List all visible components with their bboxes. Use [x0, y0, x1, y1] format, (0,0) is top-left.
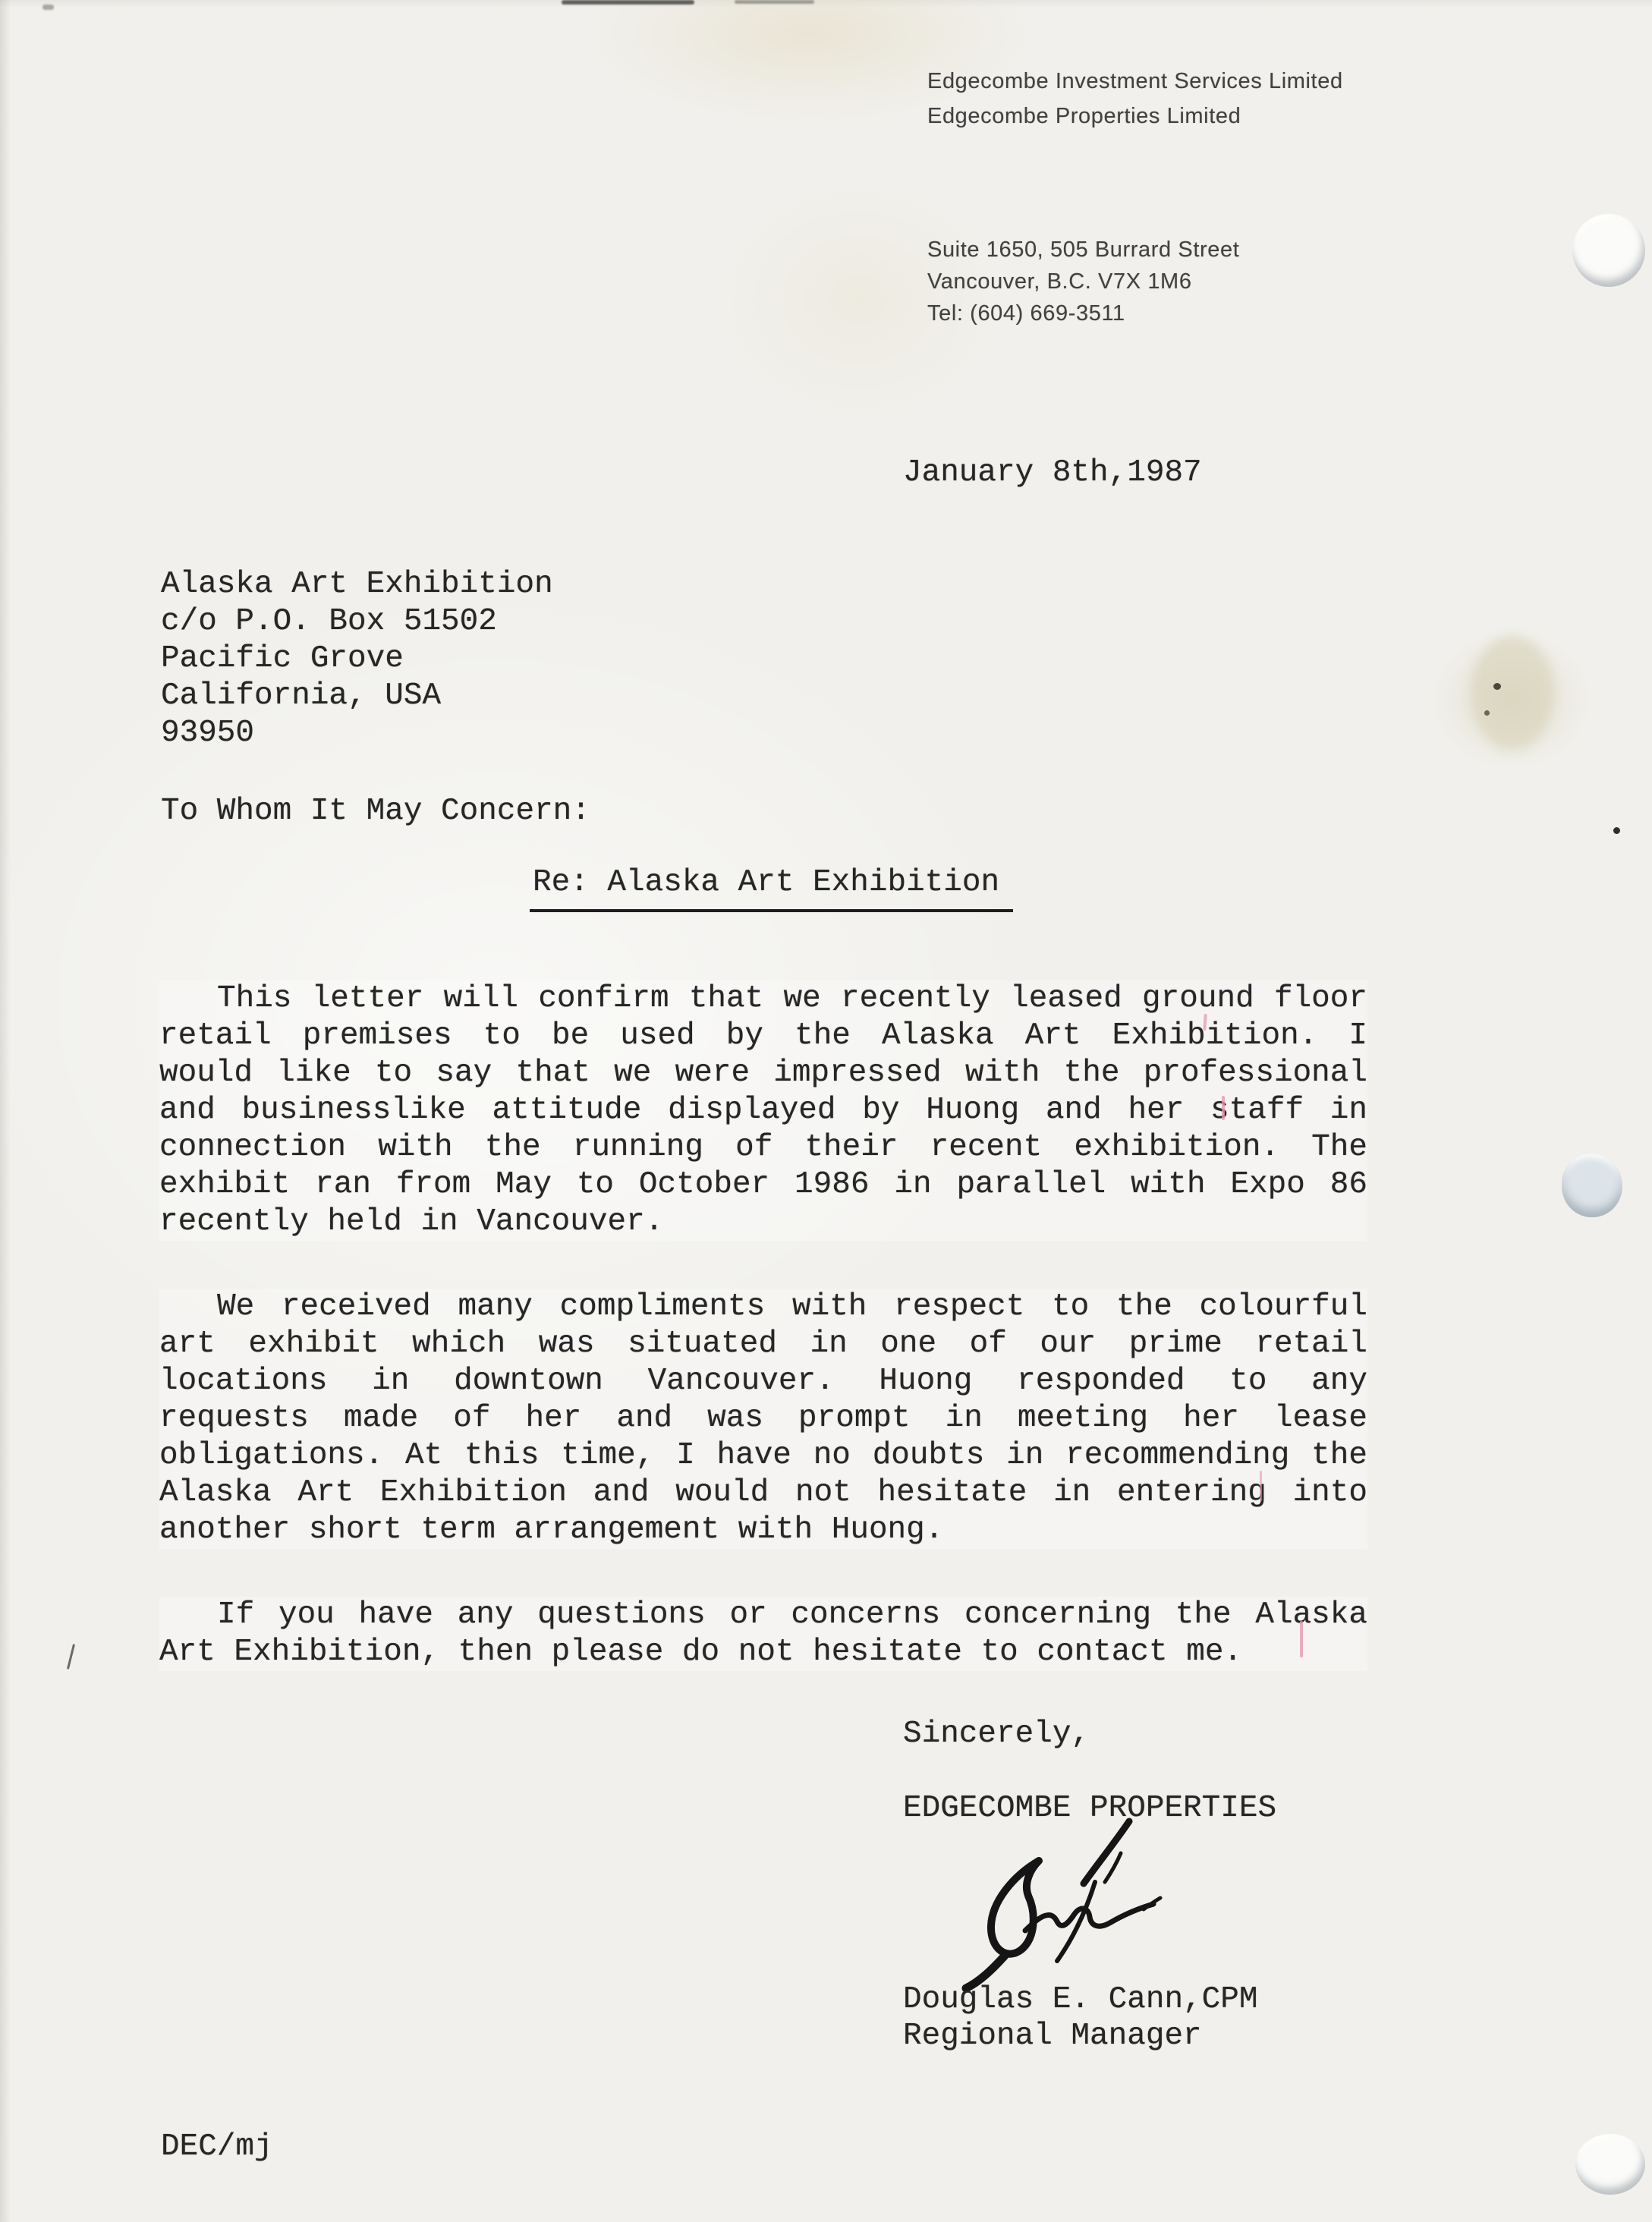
body-line: obligations. At this time, I have no dou…: [159, 1437, 1367, 1475]
hole-punch-middle: [1562, 1153, 1622, 1217]
body-paragraph-1: This letter will confirm that we recentl…: [159, 980, 1367, 1241]
hole-punch-bottom: [1575, 2134, 1645, 2195]
letterhead: Edgecombe Investment Services Limited Ed…: [927, 64, 1343, 134]
body-paragraph-2: We received many compliments with respec…: [159, 1289, 1367, 1549]
body-line: another short term arrangement with Huon…: [159, 1512, 1367, 1549]
handwritten-signature-icon: [945, 1815, 1172, 1994]
subject-line: Re: Alaska Art Exhibition: [530, 865, 1013, 900]
paper-stain: [1471, 636, 1554, 750]
pink-annotation-tick: [1300, 1621, 1303, 1657]
letterhead-address-line-1: Suite 1650, 505 Burrard Street: [927, 234, 1239, 266]
body-line: locations in downtown Vancouver. Huong r…: [159, 1363, 1367, 1400]
scan-edge-mark: [42, 5, 54, 10]
body-line: We received many compliments with respec…: [159, 1289, 1367, 1326]
pen-slash-mark: [67, 1644, 75, 1670]
valediction: Sincerely,: [903, 1717, 1090, 1751]
signer-title: Regional Manager: [903, 2019, 1202, 2054]
pink-annotation-tick: [1222, 1096, 1225, 1120]
salutation: To Whom It May Concern:: [161, 794, 590, 829]
body-line: recently held in Vancouver.: [159, 1204, 1367, 1241]
body-line: Alaska Art Exhibition and would not hesi…: [159, 1475, 1367, 1512]
body-line: This letter will confirm that we recentl…: [159, 980, 1367, 1018]
body-paragraph-3: If you have any questions or concerns co…: [159, 1597, 1367, 1671]
body-line: retail premises to be used by the Alaska…: [159, 1018, 1367, 1055]
scan-edge-mark: [735, 0, 814, 4]
subject-text: Re: Alaska Art Exhibition: [530, 865, 1013, 912]
letterhead-company-line-1: Edgecombe Investment Services Limited: [927, 64, 1343, 99]
letterhead-address-line-2: Vancouver, B.C. V7X 1M6: [927, 266, 1239, 297]
recipient-line-1: Alaska Art Exhibition: [161, 566, 553, 603]
date-line: January 8th,1987: [903, 455, 1202, 490]
body-line: If you have any questions or concerns co…: [159, 1597, 1367, 1634]
paper-speck: [1613, 827, 1620, 834]
body-line: art exhibit which was situated in one of…: [159, 1326, 1367, 1363]
body-line: and businesslike attitude displayed by H…: [159, 1092, 1367, 1129]
letterhead-address: Suite 1650, 505 Burrard Street Vancouver…: [927, 234, 1239, 329]
recipient-line-5: 93950: [161, 715, 553, 752]
paper-speck: [1484, 710, 1490, 716]
paper-speck: [1493, 683, 1501, 690]
scan-edge-mark: [562, 0, 694, 5]
letter-page: Edgecombe Investment Services Limited Ed…: [0, 0, 1652, 2222]
recipient-address: Alaska Art Exhibition c/o P.O. Box 51502…: [161, 566, 553, 752]
body-line: exhibit ran from May to October 1986 in …: [159, 1166, 1367, 1204]
recipient-line-2: c/o P.O. Box 51502: [161, 603, 553, 640]
pink-annotation-tick: [1260, 1471, 1262, 1501]
signer-name: Douglas E. Cann,CPM: [903, 1982, 1257, 2017]
body-line: connection with the running of their rec…: [159, 1129, 1367, 1166]
body-line: Art Exhibition, then please do not hesit…: [159, 1634, 1367, 1671]
body-line: requests made of her and was prompt in m…: [159, 1400, 1367, 1437]
recipient-line-4: California, USA: [161, 678, 553, 715]
hole-punch-top: [1572, 214, 1645, 287]
body-line: would like to say that we were impressed…: [159, 1055, 1367, 1092]
letterhead-address-line-3: Tel: (604) 669-3511: [927, 297, 1239, 329]
letterhead-company-line-2: Edgecombe Properties Limited: [927, 99, 1343, 134]
recipient-line-3: Pacific Grove: [161, 640, 553, 678]
reference-initials: DEC/mj: [161, 2129, 273, 2164]
